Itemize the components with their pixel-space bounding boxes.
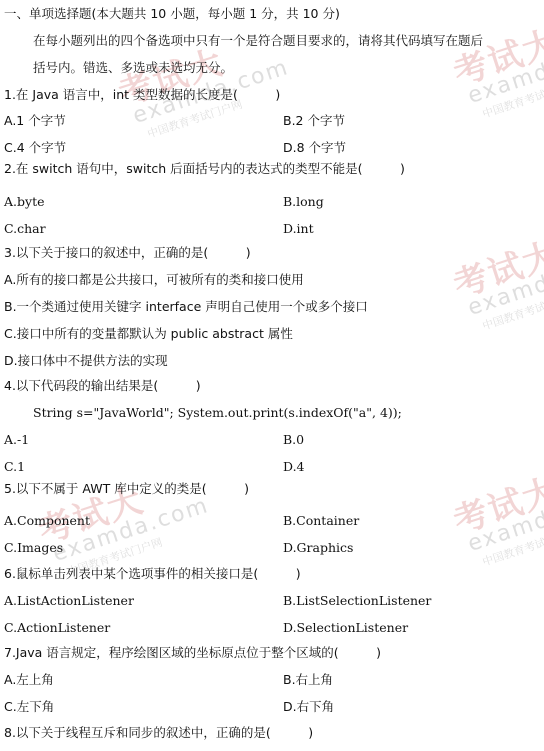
question-5-option-a: A.Component bbox=[4, 513, 90, 529]
question-6-option-b: B.ListSelectionListener bbox=[283, 593, 431, 609]
question-1-option-c: C.4 个字节 bbox=[4, 140, 66, 156]
question-6-option-c: C.ActionListener bbox=[4, 620, 110, 636]
question-1-stem: 1.在 Java 语言中，int 类型数据的长度是( ) bbox=[4, 87, 280, 103]
question-3-option-a: A.所有的接口都是公共接口，可被所有的类和接口使用 bbox=[4, 272, 304, 288]
watermark: 考试大 examda.com 中国教育考试门户网 bbox=[446, 444, 544, 574]
watermark-brand: 考试大 bbox=[446, 208, 544, 307]
section-title: 一、单项选择题(本大题共 10 小题，每小题 1 分，共 10 分) bbox=[4, 6, 340, 22]
question-2-option-a: A.byte bbox=[4, 194, 45, 210]
question-2-option-d: D.int bbox=[283, 221, 314, 237]
watermark-tagline: 中国教育考试门户网 bbox=[480, 59, 544, 122]
watermark-domain: examda.com bbox=[465, 247, 544, 321]
question-5-stem: 5.以下不属于 AWT 库中定义的类是( ) bbox=[4, 481, 249, 497]
watermark-brand: 考试大 bbox=[446, 444, 544, 543]
question-4-option-a: A.-1 bbox=[4, 432, 29, 448]
question-5-option-c: C.Images bbox=[4, 540, 63, 556]
question-8-stem: 8.以下关于线程互斥和同步的叙述中，正确的是( ) bbox=[4, 725, 313, 741]
question-5-option-b: B.Container bbox=[283, 513, 359, 529]
instructions-line-2: 括号内。错选、多选或未选均无分。 bbox=[33, 60, 233, 76]
question-2-option-b: B.long bbox=[283, 194, 324, 210]
watermark-brand: 考试大 bbox=[31, 454, 206, 553]
question-6-option-a: A.ListActionListener bbox=[4, 593, 134, 609]
question-1-option-b: B.2 个字节 bbox=[283, 113, 345, 129]
watermark-domain: examda.com bbox=[50, 493, 212, 567]
watermark: 考试大 examda.com 中国教育考试门户网 bbox=[446, 0, 544, 126]
question-3-stem: 3.以下关于接口的叙述中，正确的是( ) bbox=[4, 245, 251, 261]
watermark: 考试大 examda.com 中国教育考试门户网 bbox=[446, 208, 544, 338]
question-4-option-b: B.0 bbox=[283, 432, 304, 448]
question-6-option-d: D.SelectionListener bbox=[283, 620, 408, 636]
question-7-option-a: A.左上角 bbox=[4, 672, 54, 688]
watermark-tagline: 中国教育考试门户网 bbox=[480, 507, 544, 570]
question-3-option-b: B.一个类通过使用关键字 interface 声明自己使用一个或多个接口 bbox=[4, 299, 368, 315]
instructions-line-1: 在每小题列出的四个备选项中只有一个是符合题目要求的，请将其代码填写在题后 bbox=[33, 33, 483, 49]
question-5-option-d: D.Graphics bbox=[283, 540, 353, 556]
question-2-option-c: C.char bbox=[4, 221, 46, 237]
question-4-code: String s="JavaWorld"; System.out.print(s… bbox=[33, 405, 402, 421]
question-7-stem: 7.Java 语言规定，程序绘图区域的坐标原点位于整个区域的( ) bbox=[4, 645, 381, 661]
question-6-stem: 6.鼠标单击列表中某个选项事件的相关接口是( ) bbox=[4, 566, 301, 582]
question-4-stem: 4.以下代码段的输出结果是( ) bbox=[4, 378, 201, 394]
question-7-option-d: D.右下角 bbox=[283, 699, 334, 715]
question-3-option-d: D.接口体中不提供方法的实现 bbox=[4, 353, 168, 369]
question-1-option-a: A.1 个字节 bbox=[4, 113, 66, 129]
question-4-option-d: D.4 bbox=[283, 459, 305, 475]
watermark-tagline: 中国教育考试门户网 bbox=[480, 271, 544, 334]
question-7-option-c: C.左下角 bbox=[4, 699, 54, 715]
question-1-option-d: D.8 个字节 bbox=[283, 140, 346, 156]
watermark-domain: examda.com bbox=[465, 483, 544, 557]
question-4-option-c: C.1 bbox=[4, 459, 25, 475]
question-2-stem: 2.在 switch 语句中，switch 后面括号内的表达式的类型不能是( ) bbox=[4, 161, 405, 177]
question-3-option-c: C.接口中所有的变量都默认为 public abstract 属性 bbox=[4, 326, 293, 342]
question-7-option-b: B.右上角 bbox=[283, 672, 333, 688]
